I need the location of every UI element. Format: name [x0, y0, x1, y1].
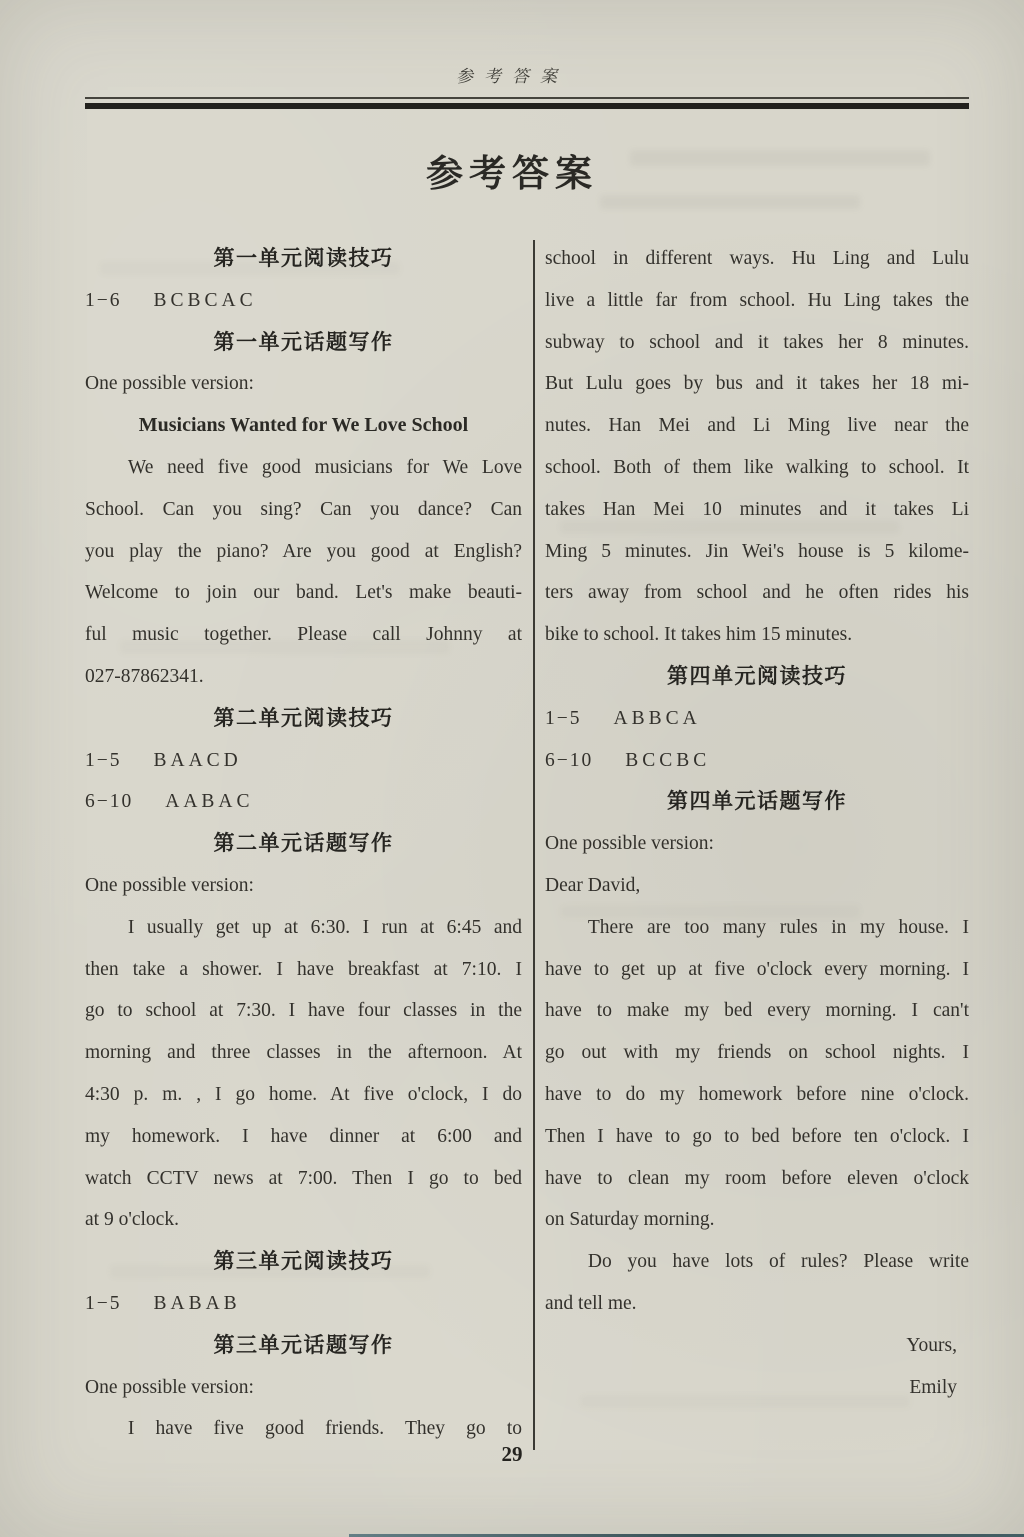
section-heading: 第一单元话题写作 [85, 322, 522, 364]
answer-range: 1−5 [85, 1293, 122, 1314]
bleed-through-artifact [600, 195, 860, 209]
page-title: 参考答案 [0, 143, 1024, 197]
essay-line: Then I have to go to bed before ten o'cl… [545, 1116, 969, 1158]
answer-range: 1−5 [545, 708, 582, 729]
essay-line: subway to school and it takes her 8 minu… [545, 322, 969, 364]
answer-letters: BCBCAC [154, 290, 257, 311]
section-heading: 第三单元话题写作 [85, 1325, 522, 1367]
essay-line: my homework. I have dinner at 6:00 and [85, 1116, 522, 1158]
section-heading: 第一单元阅读技巧 [85, 238, 522, 280]
answer-letters: ABBCA [614, 708, 701, 729]
essay-line: 4:30 p. m. , I go home. At five o'clock,… [85, 1074, 522, 1116]
essay-line: go out with my friends on school nights.… [545, 1032, 969, 1074]
essay-line: go to school at 7:30. I have four classe… [85, 990, 522, 1032]
section-heading: 第二单元阅读技巧 [85, 698, 522, 740]
essay-line: There are too many rules in my house. I [545, 907, 969, 949]
version-label: Dear David, [545, 865, 969, 907]
essay-line: school in different ways. Hu Ling and Lu… [545, 238, 969, 280]
essay-line: Welcome to join our band. Let's make bea… [85, 572, 522, 614]
essay-line: 027-87862341. [85, 656, 522, 698]
scanned-answer-page: 参考答案 参考答案 第一单元阅读技巧1−6BCBCAC第一单元话题写作One p… [0, 0, 1024, 1537]
essay-line: have to do my homework before nine o'clo… [545, 1074, 969, 1116]
answer-letters: BAACD [154, 750, 242, 771]
essay-line: have to get up at five o'clock every mor… [545, 949, 969, 991]
answer-letters: BABAB [154, 1293, 241, 1314]
essay-line: and tell me. [545, 1283, 969, 1325]
answer-line: 6−10AABAC [85, 781, 522, 823]
version-label: One possible version: [545, 823, 969, 865]
section-heading: 第四单元话题写作 [545, 781, 969, 823]
essay-line: takes Han Mei 10 minutes and it takes Li [545, 489, 969, 531]
essay-line: Do you have lots of rules? Please write [545, 1241, 969, 1283]
signature-line: Emily [545, 1367, 969, 1409]
answer-line: 1−5BAACD [85, 740, 522, 782]
essay-line: bike to school. It takes him 15 minutes. [545, 614, 969, 656]
essay-line: I usually get up at 6:30. I run at 6:45 … [85, 907, 522, 949]
header-rule-thick [85, 103, 969, 109]
essay-line: ters away from school and he often rides… [545, 572, 969, 614]
essay-line: then take a shower. I have breakfast at … [85, 949, 522, 991]
header-rule-thin [85, 97, 969, 99]
essay-line: Ming 5 minutes. Jin Wei's house is 5 kil… [545, 531, 969, 573]
version-label: One possible version: [85, 1367, 522, 1409]
answer-letters: BCCBC [625, 750, 710, 771]
essay-line: But Lulu goes by bus and it takes her 18… [545, 363, 969, 405]
essay-line: at 9 o'clock. [85, 1199, 522, 1241]
column-divider [533, 240, 535, 1450]
essay-line: School. Can you sing? Can you dance? Can [85, 489, 522, 531]
answer-range: 6−10 [85, 791, 133, 812]
essay-line: you play the piano? Are you good at Engl… [85, 531, 522, 573]
answer-line: 6−10BCCBC [545, 740, 969, 782]
running-head: 参考答案 [0, 62, 1024, 87]
page-number: 29 [0, 1442, 1024, 1467]
essay-title: Musicians Wanted for We Love School [85, 405, 522, 447]
essay-line: nutes. Han Mei and Li Ming live near the [545, 405, 969, 447]
left-column: 第一单元阅读技巧1−6BCBCAC第一单元话题写作One possible ve… [85, 238, 522, 1450]
answer-range: 6−10 [545, 750, 593, 771]
answer-letters: AABAC [165, 791, 253, 812]
answer-line: 1−5ABBCA [545, 698, 969, 740]
essay-line: have to make my bed every morning. I can… [545, 990, 969, 1032]
essay-line: morning and three classes in the afterno… [85, 1032, 522, 1074]
answer-range: 1−6 [85, 290, 122, 311]
essay-line: live a little far from school. Hu Ling t… [545, 280, 969, 322]
answer-columns: 第一单元阅读技巧1−6BCBCAC第一单元话题写作One possible ve… [85, 238, 969, 1450]
right-column: school in different ways. Hu Ling and Lu… [545, 238, 969, 1408]
essay-line: watch CCTV news at 7:00. Then I go to be… [85, 1158, 522, 1200]
essay-line: ful music together. Please call Johnny a… [85, 614, 522, 656]
section-heading: 第四单元阅读技巧 [545, 656, 969, 698]
version-label: One possible version: [85, 865, 522, 907]
version-label: One possible version: [85, 363, 522, 405]
answer-range: 1−5 [85, 750, 122, 771]
answer-line: 1−6BCBCAC [85, 280, 522, 322]
essay-line: on Saturday morning. [545, 1199, 969, 1241]
section-heading: 第二单元话题写作 [85, 823, 522, 865]
essay-line: have to clean my room before eleven o'cl… [545, 1158, 969, 1200]
essay-line: school. Both of them like walking to sch… [545, 447, 969, 489]
answer-line: 1−5BABAB [85, 1283, 522, 1325]
signature-line: Yours, [545, 1325, 969, 1367]
essay-line: We need five good musicians for We Love [85, 447, 522, 489]
section-heading: 第三单元阅读技巧 [85, 1241, 522, 1283]
